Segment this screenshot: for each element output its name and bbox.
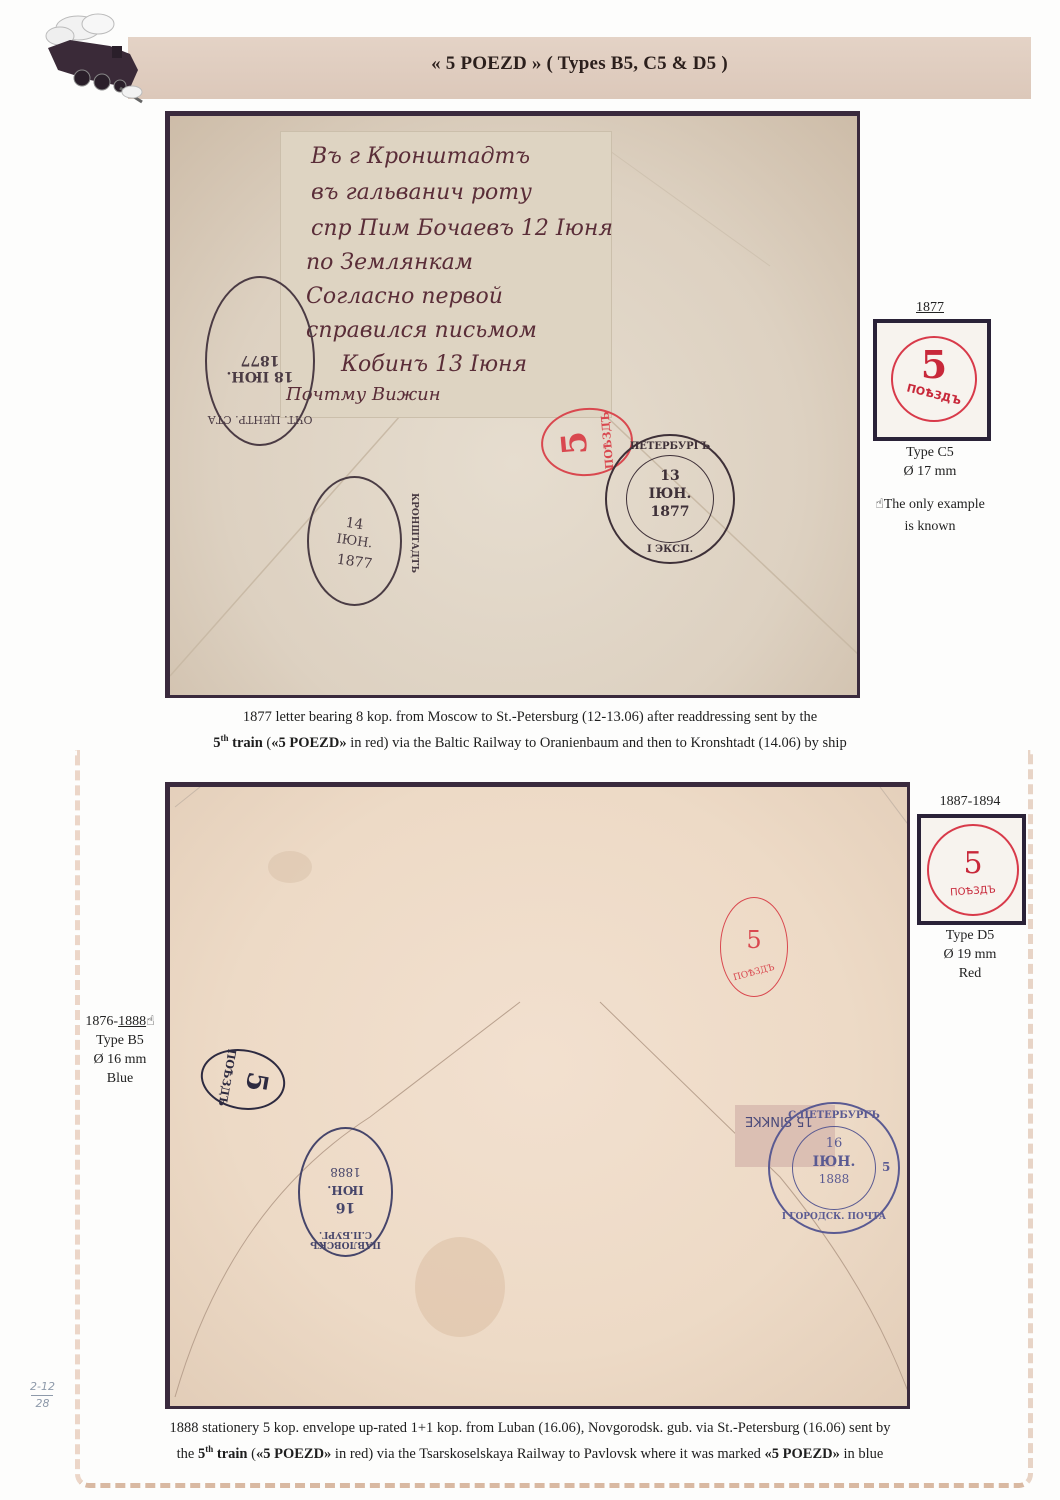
address-line: Кобинъ 13 Іюня (341, 352, 527, 377)
address-line: Въ г Кронштадтъ (311, 144, 530, 169)
red-poezd-postmark: 5 ПОѢЗДЪ (720, 897, 788, 997)
d5-info: Type D5 Ø 19 mm Red (920, 926, 1020, 983)
caption-item-1: 1877 letter bearing 8 kop. from Moscow t… (60, 707, 1000, 754)
header-banner: « 5 POEZD » ( Types B5, C5 & D5 ) (128, 37, 1031, 99)
c5-year: 1877 (880, 298, 980, 317)
pavlovsk-postmark: ПАВЛОВСКЪ С.П.БУРГ. 16 ІЮН. 1888 (298, 1127, 393, 1257)
envelope-1877: Въ г Кронштадтъ въ гальванич роту спр Пи… (165, 111, 860, 698)
address-line: Согласно первой (306, 284, 503, 309)
sample-c5-box: 5 ПОѢЗДЪ (873, 319, 991, 441)
pencil-note: 2-12 28 (30, 1380, 55, 1411)
envelope-1888: 5 ПОѢЗДЪ 15 SINKKE 5 ПОѢЗДЪ ПАВЛОВСКЪ С.… (165, 782, 910, 1409)
petersburg-postmark: С.ПЕТЕРБУРГЪ 16 ІЮН. 1888 I ГОРОДСК. ПОЧ… (768, 1102, 900, 1234)
page-title: « 5 POEZD » ( Types B5, C5 & D5 ) (128, 53, 1031, 75)
kronstadt-postmark: КРОНШТАДТЪ 14 ІЮН. 1877 (307, 476, 402, 606)
address-line: въ гальванич роту (311, 180, 532, 205)
address-line: по Землянкам (306, 250, 473, 275)
d5-ring: 5 ПОѢЗДЪ (927, 824, 1019, 916)
sample-d5-box: 5 ПОѢЗДЪ (917, 814, 1026, 925)
pointing-hand-icon: ☝ (875, 496, 884, 512)
b5-info: 1876-1888☝ Type B5 Ø 16 mm Blue (65, 1012, 175, 1088)
caption-item-2: 1888 stationery 5 kop. envelope up-rated… (60, 1418, 1000, 1465)
c5-ring: 5 ПОѢЗДЪ (891, 336, 977, 422)
steam-locomotive-icon (30, 10, 155, 105)
d5-year: 1887-1894 (920, 792, 1020, 811)
envelope-flap-lines (170, 787, 910, 1409)
address-line: спр Пим Бочаевъ 12 Іюня (311, 216, 613, 241)
moscow-postmark: ОЧТ. ЦЕНТР. СТА 18 ІЮН. 1877 (205, 276, 315, 446)
address-line: справился письмом (306, 318, 537, 343)
petersburg-postmark: ПЕТЕРБУРГЪ 13 ІЮН. 1877 I ЭКСП. (605, 434, 735, 564)
address-label: Въ г Кронштадтъ въ гальванич роту спр Пи… (280, 131, 612, 418)
pointing-hand-icon: ☝ (146, 1013, 155, 1029)
c5-info: Type C5 Ø 17 mm ☝The only example is kno… (860, 443, 1000, 536)
